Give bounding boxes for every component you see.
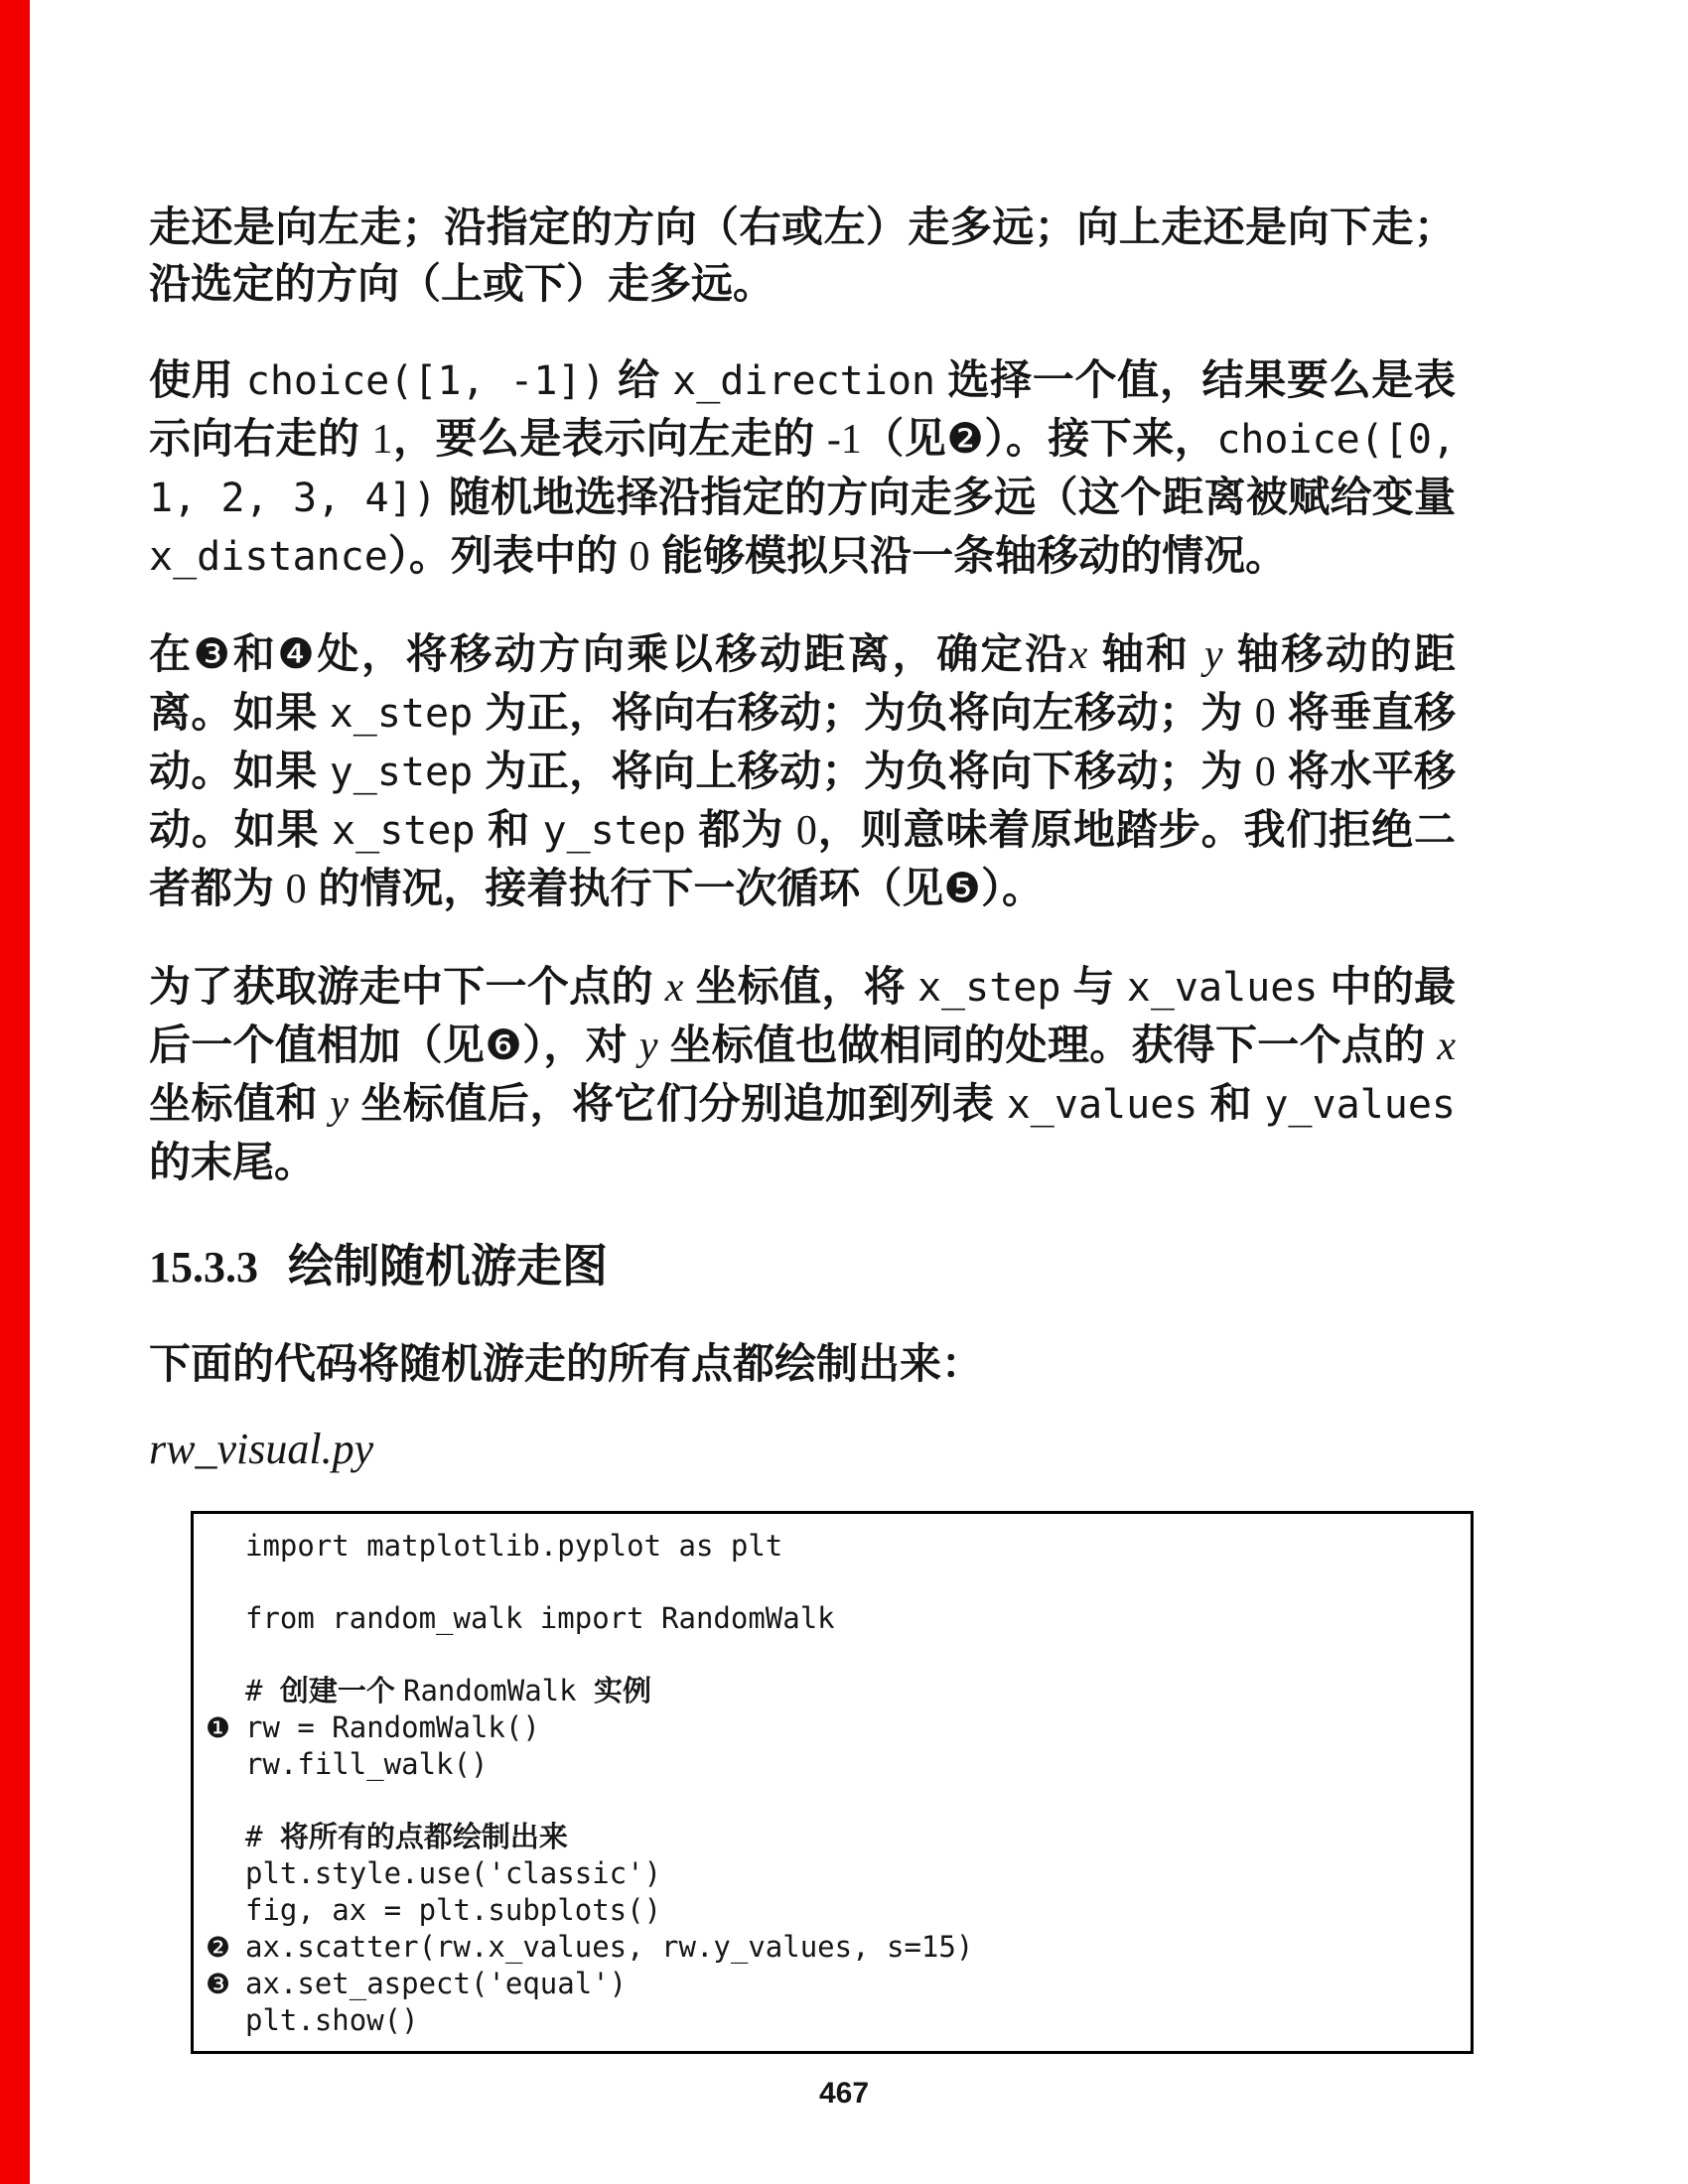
- text-segment-cn: ）。列表中的: [388, 532, 630, 579]
- text-segment-mono: ax.set_aspect('equal'): [245, 1967, 627, 2000]
- text-segment-cn: 给: [606, 356, 672, 403]
- text-segment-num: 1: [372, 417, 393, 463]
- text-segment-cn: ）。: [981, 865, 1044, 911]
- text-segment-cn: 在: [149, 630, 194, 677]
- code-line: ❸ax.set_aspect('equal'): [206, 1966, 1453, 2002]
- text-segment-cmt: 实例: [594, 1676, 651, 1707]
- text-segment-cn: 为正，将向右移动；为负将向左移动；为: [473, 689, 1255, 736]
- text-segment-math: x: [1069, 632, 1088, 678]
- text-segment-code: x_values: [1007, 1082, 1198, 1128]
- code-annotation-marker: ❷: [206, 1930, 245, 1966]
- text-segment-mono: ax.scatter(rw.x_values, rw.y_values, s=1…: [245, 1930, 973, 1964]
- code-annotation-marker: ❶: [206, 1710, 245, 1746]
- text-segment-cn: 轴和: [1087, 630, 1204, 677]
- code-block: import matplotlib.pyplot as pltfrom rand…: [191, 1511, 1474, 2054]
- text-segment-cmt: 将所有的点都绘制出来: [280, 1822, 568, 1853]
- text-segment-cn: 和: [1197, 1080, 1264, 1127]
- code-line: # 创建一个 RandomWalk 实例: [206, 1673, 1453, 1709]
- page-edge-strip: [0, 0, 30, 2184]
- text-segment-cn: 能够模拟只沿一条轴移动的情况。: [650, 532, 1288, 579]
- text-segment-cn: 与: [1060, 963, 1126, 1010]
- section-heading: 15.3.3绘制随机游走图: [149, 1230, 1456, 1296]
- code-line: [206, 1783, 1453, 1819]
- code-line: plt.style.use('classic'): [206, 1855, 1453, 1892]
- code-lines: import matplotlib.pyplot as pltfrom rand…: [206, 1528, 1453, 2039]
- code-line: plt.show(): [206, 2002, 1453, 2039]
- text-segment-math: y: [330, 1082, 349, 1128]
- text-segment-mono: rw = RandomWalk(): [245, 1710, 540, 1744]
- text-segment-math: y: [1204, 632, 1223, 678]
- paragraph-walk-directions: 走还是向左走；沿指定的方向（右或左）走多远；向上走还是向下走；沿选定的方向（上或…: [149, 199, 1456, 312]
- page-content: 走还是向左走；沿指定的方向（右或左）走多远；向上走还是向下走；沿选定的方向（上或…: [149, 0, 1456, 2054]
- text-segment-math: y: [639, 1024, 658, 1069]
- text-segment-cn: ），对: [522, 1022, 639, 1068]
- text-segment-code: y_step: [543, 808, 687, 854]
- text-segment-code: x_direction: [672, 358, 935, 404]
- paragraph-step-calculation: 在❸和❹处，将移动方向乘以移动距离，确定沿x 轴和 y 轴移动的距离。如果 x_…: [149, 625, 1456, 918]
- text-segment-cn: 坐标值，将: [683, 963, 917, 1010]
- paragraph-choice-explanation: 使用 choice([1, -1]) 给 x_direction 选择一个值，结…: [149, 351, 1456, 586]
- text-segment-num: 0: [1255, 750, 1276, 795]
- text-segment-num: 0: [796, 808, 817, 854]
- text-segment-cn: 坐标值也做相同的处理。获得下一个点的: [658, 1022, 1438, 1068]
- text-segment-math: x: [665, 965, 684, 1011]
- text-segment-code: x_values: [1127, 965, 1319, 1011]
- text-segment-cn: ）。接下来，: [984, 415, 1216, 462]
- text-segment-mono: #: [245, 1820, 280, 1853]
- code-line: fig, ax = plt.subplots(): [206, 1892, 1453, 1929]
- text-segment-code: y_step: [330, 750, 474, 795]
- text-segment-cn: 随机地选择沿指定的方向走多远（这个距离被赋给变量: [437, 474, 1456, 520]
- code-line: [206, 1565, 1453, 1600]
- text-segment-cn: 处，将移动方向乘以移动距离，确定沿: [318, 630, 1069, 677]
- text-segment-cn: 和: [476, 806, 543, 853]
- code-line: rw.fill_walk(): [206, 1746, 1453, 1783]
- code-line: ❶rw = RandomWalk(): [206, 1709, 1453, 1746]
- text-segment-code: x_step: [917, 965, 1061, 1011]
- text-segment-num: 0: [630, 534, 650, 580]
- text-segment-cn: 下面的代码将随机游走的所有点都绘制出来：: [149, 1340, 983, 1387]
- section-title: 绘制随机游走图: [288, 1240, 608, 1292]
- section-number: 15.3.3: [149, 1243, 258, 1292]
- book-page: { "colors": { "page_edge_red": "#f20000"…: [0, 0, 1688, 2184]
- text-segment-num: 0: [286, 867, 307, 912]
- text-segment-code: x_step: [330, 691, 474, 737]
- code-annotation-marker: ❸: [206, 1967, 245, 2002]
- text-segment-num: -1: [827, 417, 862, 463]
- text-segment-math: x: [1437, 1024, 1456, 1069]
- text-segment-cn: 和: [233, 630, 278, 677]
- text-segment-cn: 为正，将向上移动；为负将向下移动；为: [473, 748, 1255, 794]
- text-segment-marker: ❷: [946, 414, 984, 463]
- text-segment-cn: 的情况，接着执行下一次循环（见: [307, 865, 944, 911]
- text-segment-marker: ❸: [194, 629, 233, 678]
- paragraph-next-point: 为了获取游走中下一个点的 x 坐标值，将 x_step 与 x_values 中…: [149, 958, 1456, 1190]
- text-segment-mono: #: [245, 1674, 280, 1707]
- text-segment-cn: （见: [862, 415, 946, 462]
- code-intro-paragraph: 下面的代码将随机游走的所有点都绘制出来：: [149, 1335, 1456, 1392]
- code-line: [206, 1637, 1453, 1673]
- text-segment-cn: 走还是向左走；沿指定的方向（右或左）走多远；向上走还是向下走；沿选定的方向（上或…: [149, 204, 1456, 307]
- text-segment-mono: plt.show(): [245, 2003, 419, 2037]
- code-filename-label: rw_visual.py: [149, 1424, 1456, 1475]
- text-segment-mono: RandomWalk: [403, 1674, 594, 1707]
- text-segment-cmt: 创建一个: [280, 1676, 403, 1707]
- text-segment-mono: from random_walk import RandomWalk: [245, 1601, 835, 1635]
- text-segment-cn: 坐标值后，将它们分别追加到列表: [349, 1080, 1007, 1127]
- text-segment-code: x_step: [332, 808, 476, 854]
- text-segment-cn: 为了获取游走中下一个点的: [149, 963, 665, 1010]
- code-line: from random_walk import RandomWalk: [206, 1600, 1453, 1637]
- page-number: 467: [0, 2077, 1688, 2111]
- text-segment-marker: ❹: [277, 629, 317, 678]
- text-segment-mono: fig, ax = plt.subplots(): [245, 1893, 661, 1927]
- code-line: import matplotlib.pyplot as plt: [206, 1528, 1453, 1565]
- text-segment-mono: import matplotlib.pyplot as plt: [245, 1529, 782, 1563]
- text-segment-cn: 都为: [686, 806, 796, 853]
- text-segment-cn: 坐标值和: [149, 1080, 330, 1127]
- code-line: # 将所有的点都绘制出来: [206, 1819, 1453, 1855]
- code-line: ❷ax.scatter(rw.x_values, rw.y_values, s=…: [206, 1929, 1453, 1966]
- text-segment-cn: 的末尾。: [149, 1139, 316, 1185]
- text-segment-code: choice([1, -1]): [246, 358, 606, 404]
- text-segment-mono: plt.style.use('classic'): [245, 1856, 661, 1890]
- text-segment-marker: ❺: [943, 864, 981, 912]
- text-segment-mono: rw.fill_walk(): [245, 1747, 488, 1781]
- text-segment-code: y_values: [1264, 1082, 1456, 1128]
- text-segment-cn: ，要么是表示向左走的: [393, 415, 827, 462]
- text-segment-code: x_distance: [149, 534, 388, 580]
- text-segment-num: 0: [1255, 691, 1276, 737]
- text-segment-marker: ❻: [485, 1021, 522, 1069]
- text-segment-cn: 使用: [149, 356, 246, 403]
